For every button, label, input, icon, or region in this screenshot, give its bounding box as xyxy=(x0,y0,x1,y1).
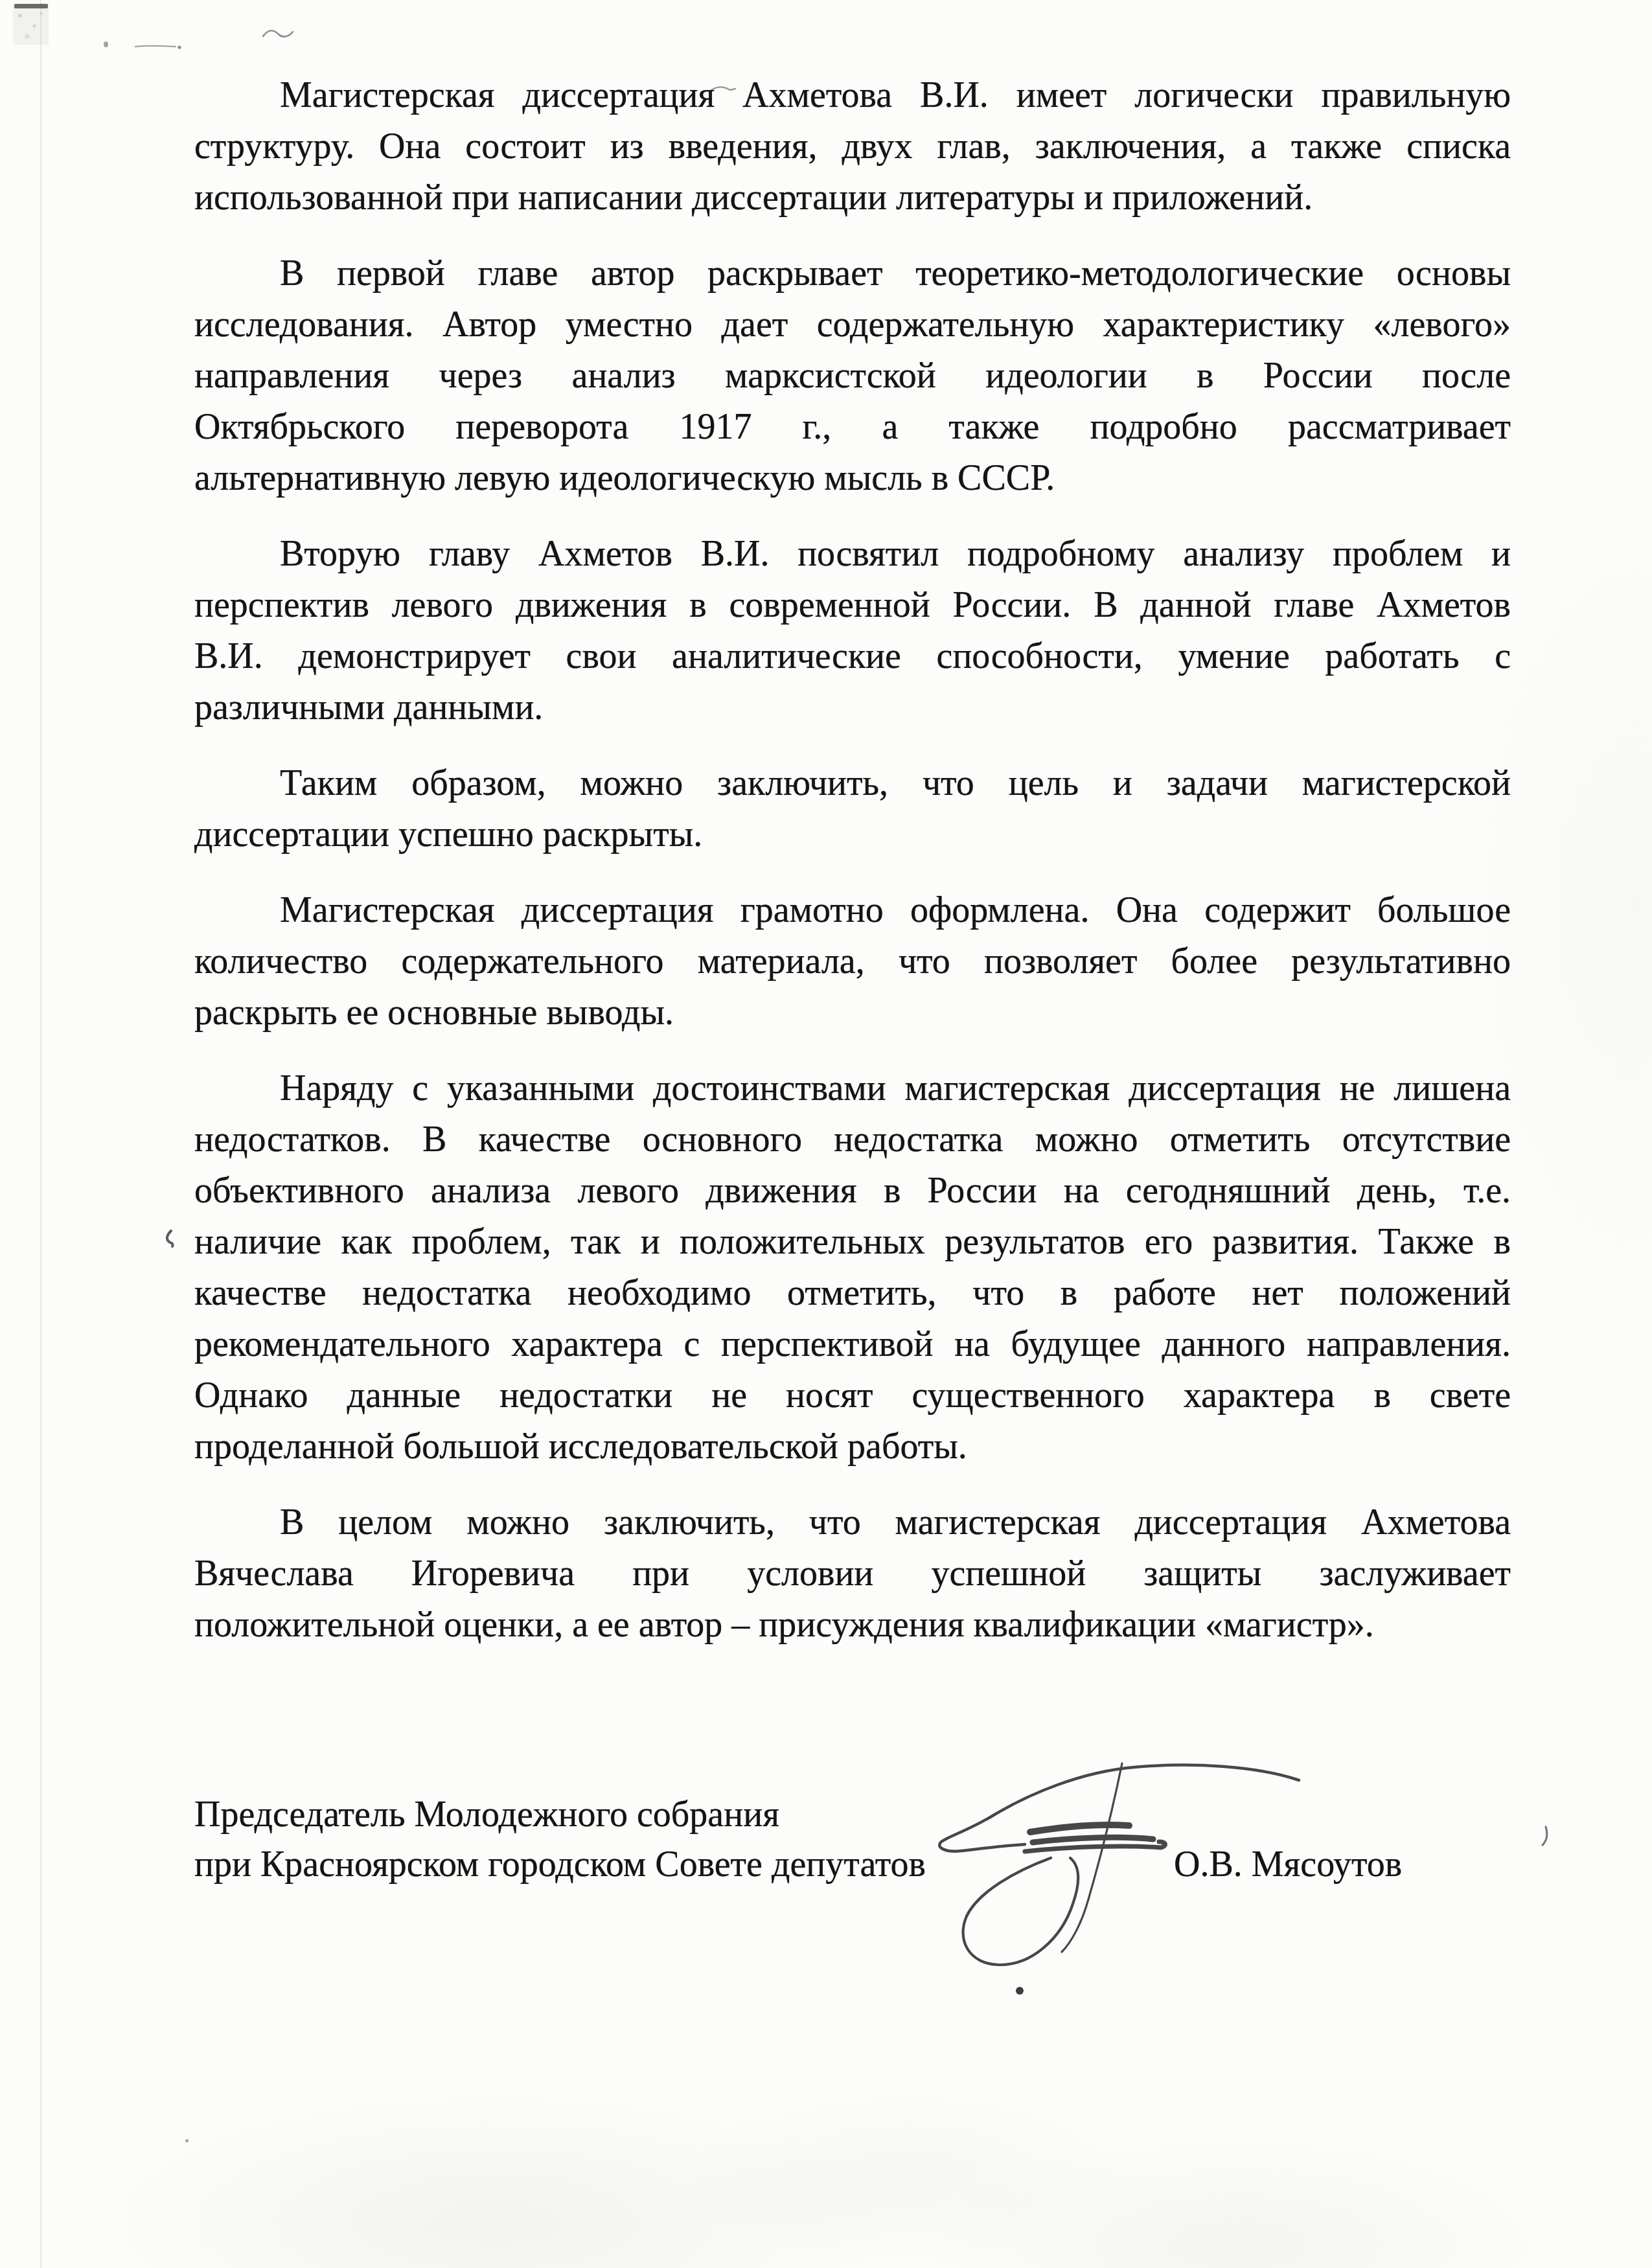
paragraph: Магистерская диссертация грамотно оформл… xyxy=(194,885,1511,1038)
text-line: В целом можно заключить, что магистерска… xyxy=(194,1497,1511,1548)
text-line: качестве недостатка необходимо отметить,… xyxy=(194,1268,1511,1319)
text-line: направления через анализ марксистской ид… xyxy=(194,350,1511,402)
paragraph: Таким образом, можно заключить, что цель… xyxy=(194,758,1511,860)
paragraph: Наряду с указанными достоинствами магист… xyxy=(194,1063,1511,1472)
text-line: использованной при написании диссертации… xyxy=(194,172,1511,223)
text-line: раскрыть ее основные выводы. xyxy=(194,987,1511,1038)
text-line: Однако данные недостатки не носят сущест… xyxy=(194,1370,1511,1421)
text-line: Наряду с указанными достоинствами магист… xyxy=(194,1063,1511,1114)
text-line: объективного анализа левого движения в Р… xyxy=(194,1165,1511,1217)
text-line: проделанной большой исследовательской ра… xyxy=(194,1421,1511,1472)
text-line: различными данными. xyxy=(194,682,1511,733)
dust-speck xyxy=(104,41,108,47)
paragraph: В первой главе автор раскрывает теоретик… xyxy=(194,248,1511,504)
paragraph: В целом можно заключить, что магистерска… xyxy=(194,1497,1511,1651)
text-line: положительной оценки, а ее автор – прису… xyxy=(194,1599,1511,1651)
dust-dash-icon xyxy=(133,43,181,51)
dust-speck xyxy=(185,2139,189,2142)
paragraph: Магистерская диссертация Ахметова В.И. и… xyxy=(194,70,1511,223)
corner-scan-noise xyxy=(13,3,49,45)
text-line: В.И. демонстрирует свои аналитические сп… xyxy=(194,631,1511,682)
corner-scan-noise-bar xyxy=(14,4,48,8)
text-line: рекомендательного характера с перспектив… xyxy=(194,1319,1511,1370)
text-line: Вячеслава Игоревича при условии успешной… xyxy=(194,1548,1511,1599)
text-line: Таким образом, можно заключить, что цель… xyxy=(194,758,1511,809)
text-line: перспектив левого движения в современной… xyxy=(194,580,1511,631)
text-line: альтернативную левую идеологическую мысл… xyxy=(194,453,1511,504)
text-line: наличие как проблем, так и положительных… xyxy=(194,1217,1511,1268)
text-line: Магистерская диссертация Ахметова В.И. и… xyxy=(194,70,1511,121)
text-line: В первой главе автор раскрывает теоретик… xyxy=(194,248,1511,299)
dust-squiggle-icon xyxy=(262,26,294,43)
scanner-streak-line xyxy=(40,0,41,2268)
paragraph: Вторую главу Ахметов В.И. посвятил подро… xyxy=(194,529,1511,733)
text-line: диссертации успешно раскрыты. xyxy=(194,809,1511,860)
document-body: Магистерская диссертация Ахметова В.И. и… xyxy=(194,70,1511,1675)
signature-title-block: Председатель Молодежного собрания при Кр… xyxy=(194,1790,1037,1890)
text-line: количество содержательного материала, чт… xyxy=(194,936,1511,987)
scanned-page: { "page": { "type": "scanned-review-docu… xyxy=(0,0,1652,2268)
text-line: Октябрьского переворота 1917 г., а также… xyxy=(194,402,1511,453)
text-line: Магистерская диссертация грамотно оформл… xyxy=(194,885,1511,936)
ink-mark-icon xyxy=(162,1230,178,1249)
handwritten-signature xyxy=(933,1749,1309,2008)
text-line: недостатков. В качестве основного недост… xyxy=(194,1114,1511,1165)
text-line: исследования. Автор уместно дает содержа… xyxy=(194,299,1511,350)
text-line: Вторую главу Ахметов В.И. посвятил подро… xyxy=(194,529,1511,580)
signer-title-line-2: при Красноярском городском Совете депута… xyxy=(194,1840,1037,1890)
signer-title-line-1: Председатель Молодежного собрания xyxy=(194,1790,1037,1840)
margin-mark-icon xyxy=(1539,1826,1551,1848)
text-line: структуру. Она состоит из введения, двух… xyxy=(194,121,1511,172)
